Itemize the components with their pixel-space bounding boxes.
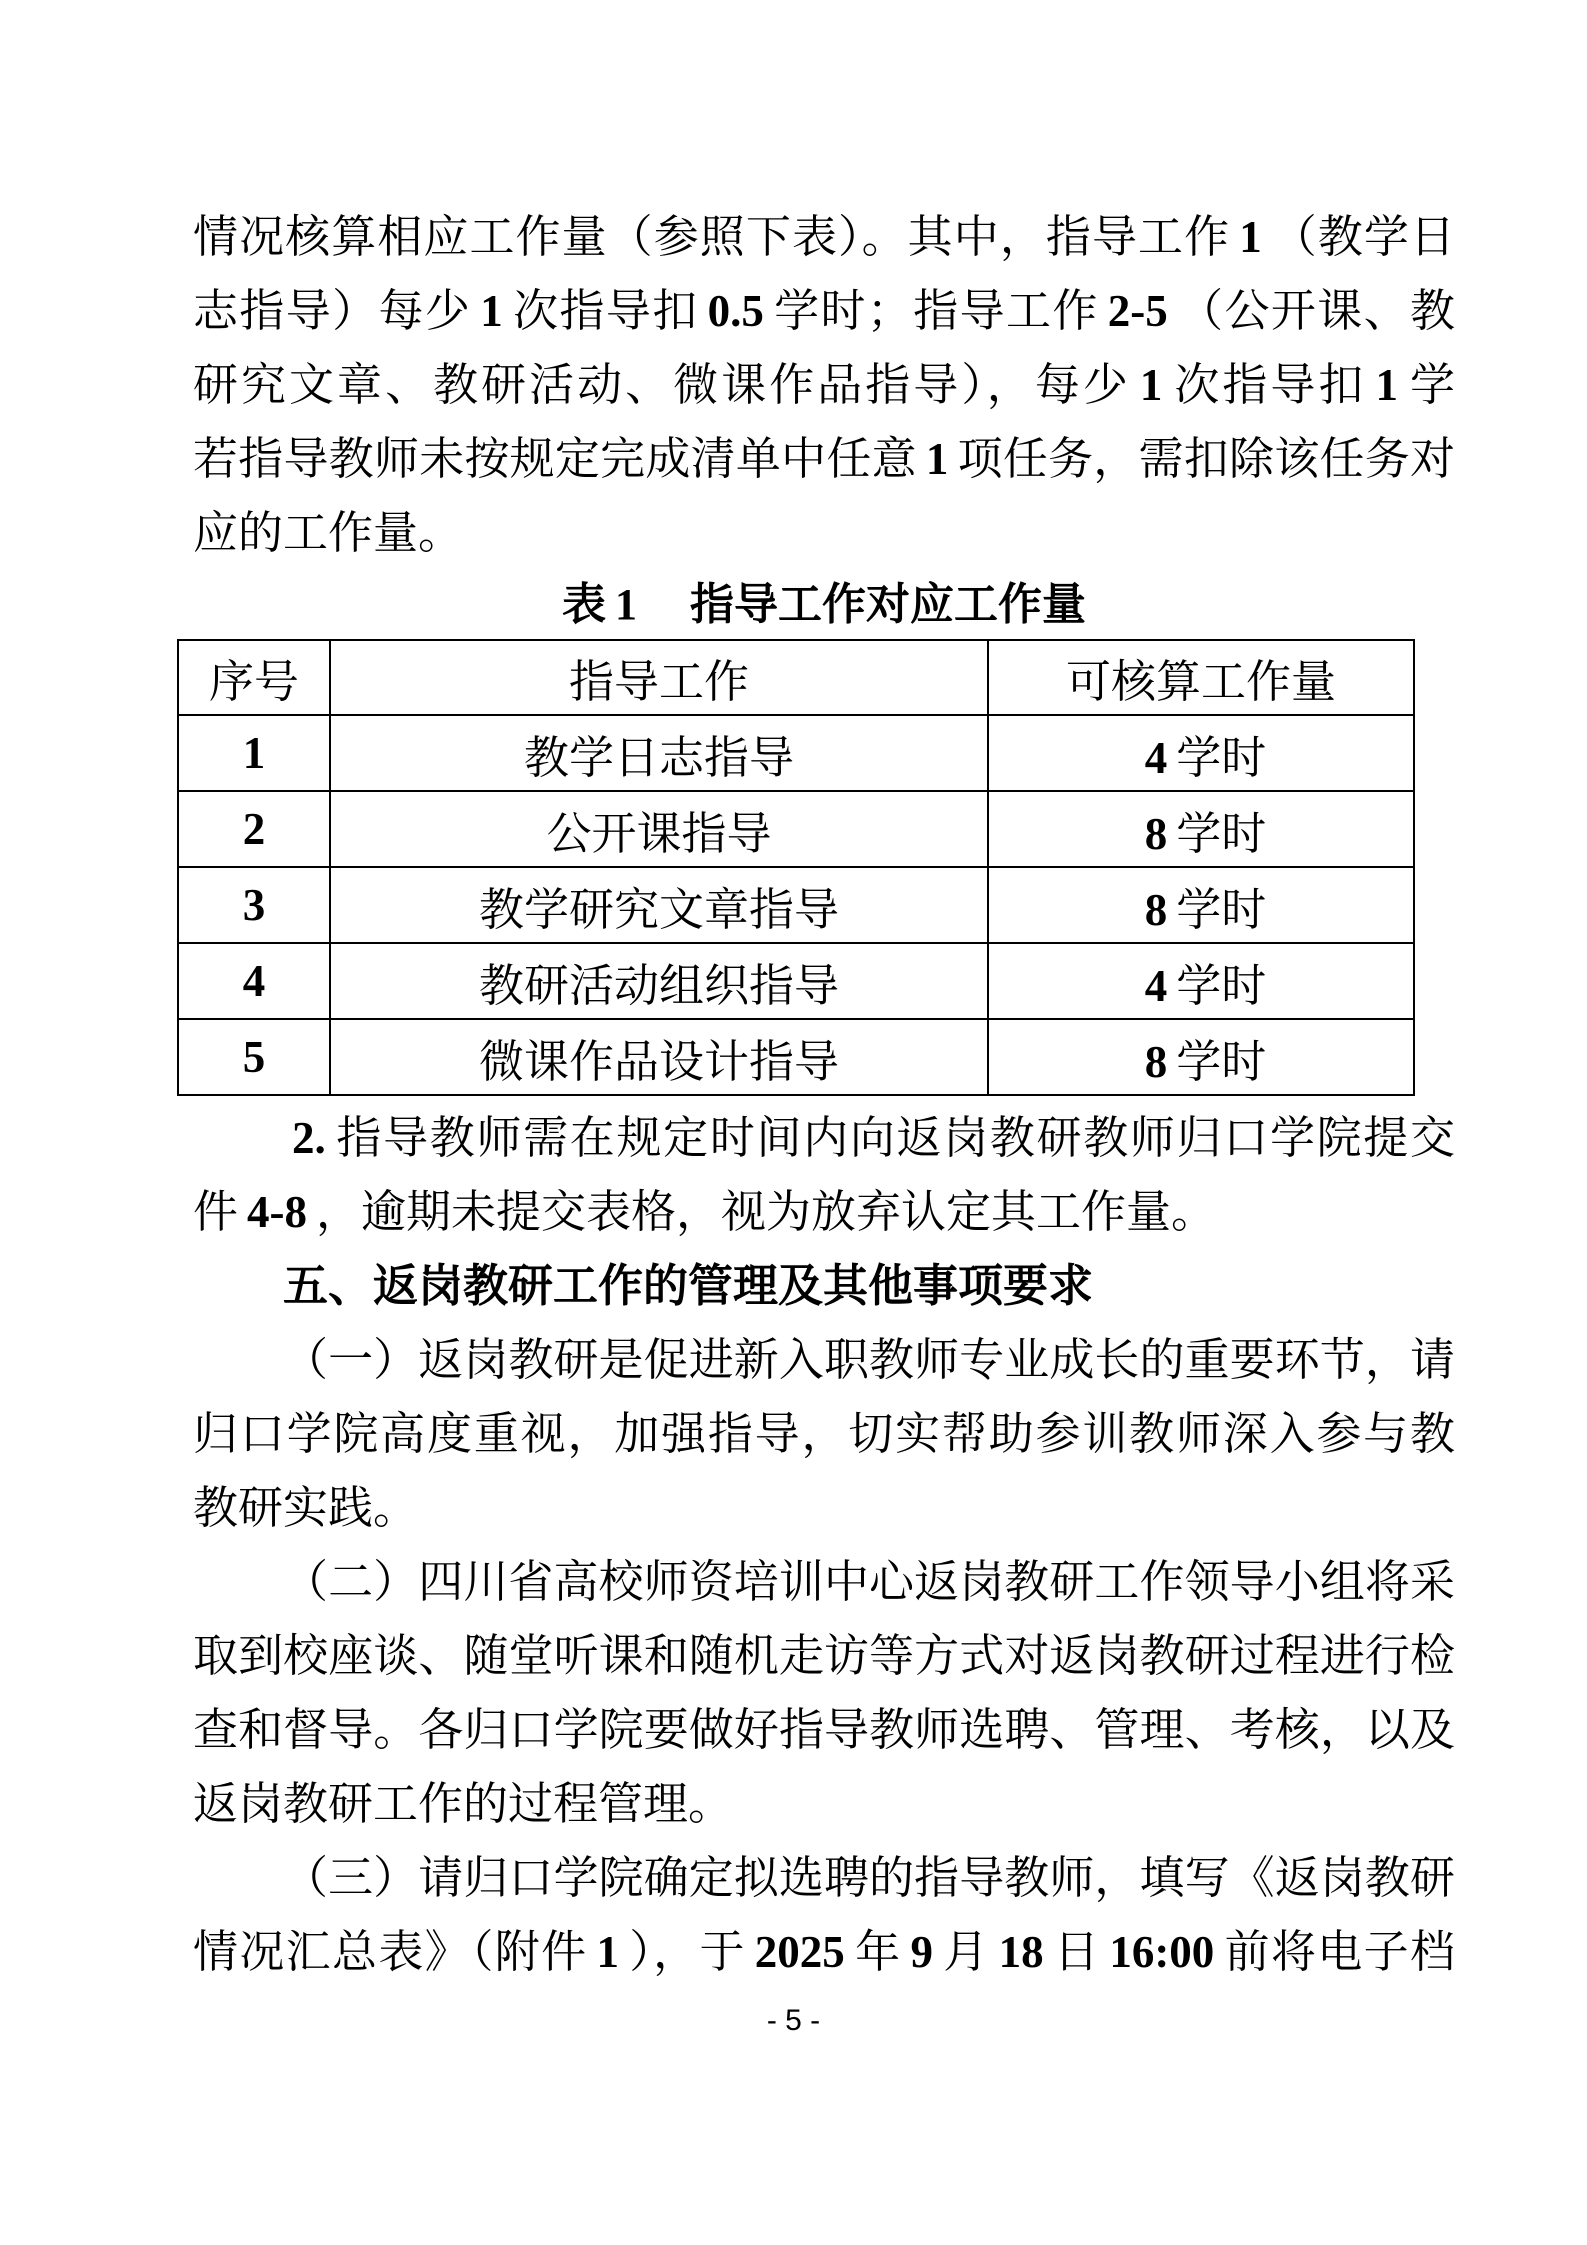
cell-workload: 8学时	[988, 867, 1414, 943]
text-run: 次指导扣	[512, 286, 699, 336]
bold-number: 3	[243, 880, 266, 930]
text-line: 志指导）每少1次指导扣0.5学时；指导工作2-5（公开课、教学	[193, 274, 1455, 348]
text-run: 项任务，需扣除该任务对	[957, 434, 1455, 484]
text-line: （三）请归口学院确定拟选聘的指导教师，填写《返岗教研	[193, 1841, 1455, 1915]
text-run: 教学日志指导	[524, 733, 794, 783]
cell-task: 教研活动组织指导	[330, 943, 988, 1019]
page-number: - 5 -	[0, 2004, 1587, 2038]
text-run: 月	[942, 1927, 990, 1977]
table-row: 1教学日志指导4学时	[178, 715, 1414, 791]
paragraph-block-after-table: 2.指导教师需在规定时间内向返岗教研教师归口学院提交附件4-8，逾期未提交表格，…	[193, 1101, 1455, 1989]
text-run: （一）返岗教研是促进新入职教师专业成长的重要环节，请	[283, 1335, 1455, 1385]
bold-number: 8	[1145, 809, 1168, 859]
cell-workload: 8学时	[988, 1019, 1414, 1095]
text-run: 教研活动组织指导	[479, 961, 839, 1011]
bold-number: 0.5	[708, 286, 764, 336]
workload-table-body: 1教学日志指导4学时2公开课指导8学时3教学研究文章指导8学时4教研活动组织指导…	[178, 715, 1414, 1095]
text-run: 学时	[1176, 809, 1266, 859]
text-run: 日	[1053, 1927, 1101, 1977]
bold-number: 1	[615, 580, 637, 629]
bold-number: 4	[243, 956, 266, 1006]
bold-number: 4	[1145, 733, 1168, 783]
bold-number: 8	[1145, 885, 1168, 935]
bold-text: 表	[562, 580, 606, 629]
text-run: 公开课指导	[546, 809, 771, 859]
text-run: 前将电子档	[1223, 1927, 1455, 1977]
bold-text: 指导工作对应工作量	[646, 580, 1086, 629]
text-line: （二）四川省高校师资培训中心返岗教研工作领导小组将采	[193, 1545, 1455, 1619]
table-row: 3教学研究文章指导8学时	[178, 867, 1414, 943]
text-run: 若指导教师未按规定完成清单中任意	[193, 434, 917, 484]
text-line: 件4-8，逾期未提交表格，视为放弃认定其工作量。	[193, 1175, 1455, 1249]
text-run: 情况汇总表》（附件	[193, 1927, 587, 1977]
text-run: 教学研究文章指导	[479, 885, 839, 935]
cell-workload: 4学时	[988, 715, 1414, 791]
text-run: 学时	[1176, 733, 1266, 783]
bold-number: 1	[1375, 360, 1398, 410]
cell-workload: 4学时	[988, 943, 1414, 1019]
text-run: 情况核算相应工作量（参照下表）。其中，指导工作	[193, 212, 1230, 262]
bold-number: 1	[480, 286, 503, 336]
text-run: 学时；指导工作	[773, 286, 1099, 336]
text-run: 取到校座谈、随堂听课和随机走访等方式对返岗教研过程进行检	[193, 1631, 1455, 1681]
text-run: ），于	[628, 1927, 746, 1977]
bold-number: 4	[1145, 961, 1168, 1011]
text-run: 返岗教研工作的过程管理。	[193, 1779, 733, 1829]
bold-number: 2	[243, 804, 266, 854]
section-heading: 五、返岗教研工作的管理及其他事项要求	[193, 1249, 1455, 1323]
cell-no: 2	[178, 791, 330, 867]
text-line: 2.指导教师需在规定时间内向返岗教研教师归口学院提交附	[193, 1101, 1455, 1175]
bold-number: 1	[1140, 360, 1163, 410]
table-row: 5微课作品设计指导8学时	[178, 1019, 1414, 1095]
cell-task: 公开课指导	[330, 791, 988, 867]
page-content: 情况核算相应工作量（参照下表）。其中，指导工作1（教学日志指导）每少1次指导扣0…	[193, 200, 1455, 1989]
bold-number: 1	[243, 728, 266, 778]
text-line: 应的工作量。	[193, 496, 1455, 570]
cell-task: 微课作品设计指导	[330, 1019, 988, 1095]
text-line: 取到校座谈、随堂听课和随机走访等方式对返岗教研过程进行检	[193, 1619, 1455, 1693]
text-run: 五、返岗教研工作的管理及其他事项要求	[283, 1260, 1093, 1311]
table-title: 表1 指导工作对应工作量	[193, 570, 1455, 639]
header-cell-workload: 可核算工作量	[988, 640, 1414, 715]
text-run: 次指导扣	[1171, 360, 1366, 410]
text-run: 应的工作量。	[193, 508, 463, 558]
text-line: 情况核算相应工作量（参照下表）。其中，指导工作1（教学日	[193, 200, 1455, 274]
cell-no: 5	[178, 1019, 330, 1095]
cell-task: 教学日志指导	[330, 715, 988, 791]
bold-number: 16:00	[1109, 1927, 1214, 1977]
text-line: 归口学院高度重视，加强指导，切实帮助参训教师深入参与教学、	[193, 1397, 1455, 1471]
bold-number: 5	[243, 1032, 266, 1082]
text-line: 查和督导。各归口学院要做好指导教师选聘、管理、考核，以及	[193, 1693, 1455, 1767]
text-run: 微课作品设计指导	[479, 1037, 839, 1087]
text-run: 查和督导。各归口学院要做好指导教师选聘、管理、考核，以及	[193, 1705, 1455, 1755]
bold-number: 1	[926, 434, 949, 484]
bold-number: 8	[1145, 1037, 1168, 1087]
text-run: 年	[854, 1927, 902, 1977]
text-line: 返岗教研工作的过程管理。	[193, 1767, 1455, 1841]
text-run: 教研实践。	[193, 1483, 418, 1533]
text-run: 学时	[1176, 961, 1266, 1011]
text-run: 研究文章、教研活动、微课作品指导），每少	[193, 360, 1131, 410]
text-line: 教研实践。	[193, 1471, 1455, 1545]
text-run: （教学日	[1271, 212, 1455, 262]
text-run: 学时	[1176, 885, 1266, 935]
cell-no: 1	[178, 715, 330, 791]
text-run: 指导教师需在规定时间内向返岗教研教师归口学院提交附	[193, 1113, 1455, 1175]
text-run: 学时	[1176, 1037, 1266, 1087]
paragraph-block-before-table: 情况核算相应工作量（参照下表）。其中，指导工作1（教学日志指导）每少1次指导扣0…	[193, 200, 1455, 570]
workload-table-header: 序号 指导工作 可核算工作量	[178, 640, 1414, 715]
text-run: 归口学院高度重视，加强指导，切实帮助参训教师深入参与教学、	[193, 1409, 1455, 1471]
bold-number: 18	[999, 1927, 1044, 1977]
text-line: （一）返岗教研是促进新入职教师专业成长的重要环节，请	[193, 1323, 1455, 1397]
cell-workload: 8学时	[988, 791, 1414, 867]
bold-number: 2-5	[1108, 286, 1168, 336]
bold-number: 4-8	[247, 1187, 307, 1237]
cell-no: 3	[178, 867, 330, 943]
text-run: （二）四川省高校师资培训中心返岗教研工作领导小组将采	[283, 1557, 1455, 1607]
bold-number: 1	[1239, 212, 1262, 262]
text-line: 研究文章、教研活动、微课作品指导），每少1次指导扣1学时。	[193, 348, 1455, 422]
bold-number: 2.	[292, 1113, 326, 1163]
bold-number: 1	[596, 1927, 619, 1977]
table-row: 2公开课指导8学时	[178, 791, 1414, 867]
header-row: 序号 指导工作 可核算工作量	[178, 640, 1414, 715]
text-run: 件	[193, 1187, 238, 1237]
document-page: 情况核算相应工作量（参照下表）。其中，指导工作1（教学日志指导）每少1次指导扣0…	[0, 0, 1587, 2245]
bold-number: 9	[910, 1927, 933, 1977]
bold-number: 2025	[755, 1927, 845, 1977]
workload-table: 序号 指导工作 可核算工作量 1教学日志指导4学时2公开课指导8学时3教学研究文…	[177, 639, 1415, 1096]
table-row: 4教研活动组织指导4学时	[178, 943, 1414, 1019]
header-cell-no: 序号	[178, 640, 330, 715]
text-line: 若指导教师未按规定完成清单中任意1项任务，需扣除该任务对	[193, 422, 1455, 496]
header-cell-task: 指导工作	[330, 640, 988, 715]
text-run: （三）请归口学院确定拟选聘的指导教师，填写《返岗教研	[283, 1853, 1455, 1903]
cell-no: 4	[178, 943, 330, 1019]
text-run: 志指导）每少	[193, 286, 471, 336]
text-run: ，逾期未提交表格，视为放弃认定其工作量。	[316, 1187, 1216, 1237]
text-line: 情况汇总表》（附件1），于2025年9月18日16:00前将电子档	[193, 1915, 1455, 1989]
cell-task: 教学研究文章指导	[330, 867, 988, 943]
